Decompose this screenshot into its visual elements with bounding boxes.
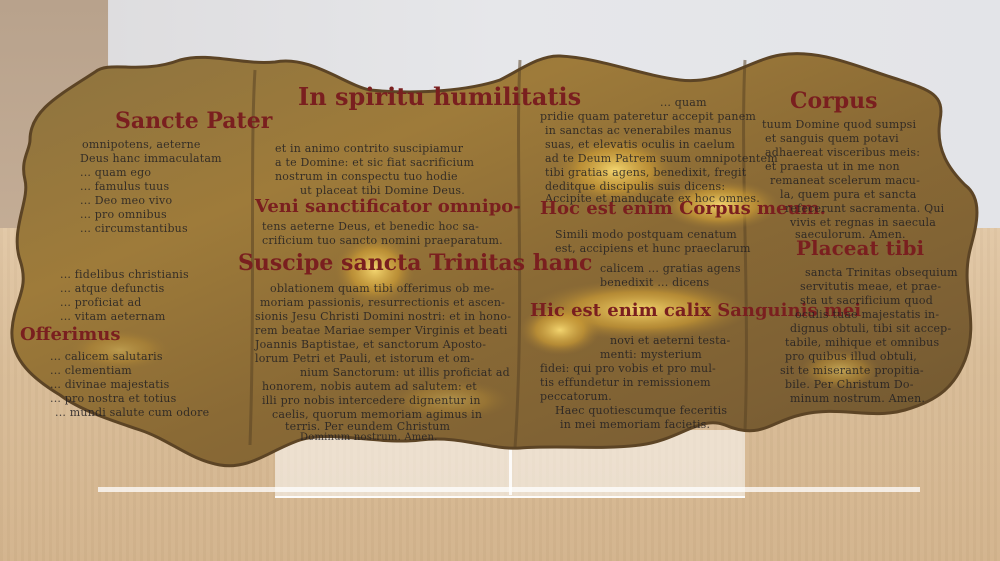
panel-2-line: illi pro nobis intercedere dignentur in bbox=[262, 394, 481, 407]
panel-2-line: nium Sanctorum: ut illis proficiat ad bbox=[300, 366, 510, 379]
panel-4-line: sta ut sacrificium quod bbox=[800, 294, 933, 307]
panel-3-line: benedixit ... dicens bbox=[600, 276, 709, 289]
panel-1-line: ... fidelibus christianis bbox=[60, 268, 189, 281]
panel-3-line: ... quam bbox=[660, 96, 707, 109]
panel-4-line: tabile, mihique et omnibus bbox=[785, 336, 939, 349]
panel-3-heading: Hoc est enim Corpus meum. bbox=[540, 198, 826, 219]
panel-3-line: in mei memoriam facietis. bbox=[560, 418, 710, 431]
panel-4-line: la, quem pura et sancta bbox=[780, 188, 917, 201]
panel-3-line: Simili modo postquam cenatum bbox=[555, 228, 737, 241]
panel-3-line: peccatorum. bbox=[540, 390, 612, 403]
panel-4-line: sit te miserante propitia- bbox=[780, 364, 924, 377]
panel-2-line: lorum Petri et Pauli, et istorum et om- bbox=[255, 352, 474, 365]
panel-3-line: ad te Deum Patrem suum omnipotentem bbox=[545, 152, 778, 165]
panel-4-line: sancta Trinitas obsequium bbox=[805, 266, 958, 279]
panel-1-line: ... clementiam bbox=[50, 364, 132, 377]
panel-4-line: refecerunt sacramenta. Qui bbox=[785, 202, 944, 215]
panel-2-line: honorem, nobis autem ad salutem: et bbox=[262, 380, 477, 393]
panel-3-line: in sanctas ac venerabiles manus bbox=[545, 124, 732, 137]
panel-1-line: ... calicem salutaris bbox=[50, 350, 163, 363]
panel-2-heading-2: Veni sanctificator omnipo- bbox=[255, 196, 521, 217]
panel-2-line: a te Domine: et sic fiat sacrificium bbox=[275, 156, 474, 169]
panel-3-line: calicem ... gratias agens bbox=[600, 262, 741, 275]
panel-1-heading-2: Offerimus bbox=[20, 324, 121, 345]
panel-1-line: ... vitam aeternam bbox=[60, 310, 166, 323]
panel-3-line: tis effundetur in remissionem bbox=[540, 376, 711, 389]
panel-2-line: Dominum nostrum. Amen. bbox=[300, 432, 438, 443]
panel-3-line: Haec quotiescumque feceritis bbox=[555, 404, 727, 417]
panel-3-line: fidei: qui pro vobis et pro mul- bbox=[540, 362, 716, 375]
panel-4-heading: Corpus bbox=[790, 88, 878, 114]
panel-4-line: remaneat scelerum macu- bbox=[770, 174, 920, 187]
panel-4-line: tuum Domine quod sumpsi bbox=[762, 118, 916, 131]
panel-1-line: ... pro omnibus bbox=[80, 208, 167, 221]
panel-3-line: pridie quam pateretur accepit panem bbox=[540, 110, 756, 123]
panel-4-line: adhaereat visceribus meis: bbox=[765, 146, 920, 159]
panel-2-line: sionis Jesu Christi Domini nostri: et in… bbox=[255, 310, 511, 323]
panel-4-line: servitutis meae, et prae- bbox=[800, 280, 941, 293]
panel-2-line: oblationem quam tibi offerimus ob me- bbox=[270, 282, 494, 295]
panel-2-line: et in animo contrito suscipiamur bbox=[275, 142, 463, 155]
panel-3-line: tibi gratias agens, benedixit, fregit bbox=[545, 166, 746, 179]
panel-1-line: omnipotens, aeterne bbox=[82, 138, 201, 151]
panel-2-line: nostrum in conspectu tuo hodie bbox=[275, 170, 458, 183]
panel-1-line: ... pro nostra et totius bbox=[50, 392, 176, 405]
panel-1-line: ... proficiat ad bbox=[60, 296, 141, 309]
panel-4-line: et praesta ut in me non bbox=[765, 160, 900, 173]
panel-1-line: Deus hanc immaculatam bbox=[80, 152, 222, 165]
panel-2-line: tens aeterne Deus, et benedic hoc sa- bbox=[262, 220, 479, 233]
panel-1-line: ... divinae majestatis bbox=[50, 378, 169, 391]
panel-4-heading-2: Placeat tibi bbox=[796, 236, 924, 260]
panel-3-line: suas, et elevatis oculis in caelum bbox=[545, 138, 735, 151]
panel-2-heading: In spiritu humilitatis bbox=[298, 82, 581, 111]
panel-3-line: est, accipiens et hunc praeclarum bbox=[555, 242, 751, 255]
panel-1-heading: Sancte Pater bbox=[115, 108, 272, 134]
panel-4-line: oculis tuae majestatis in- bbox=[795, 308, 939, 321]
panel-1-line: ... Deo meo vivo bbox=[80, 194, 172, 207]
panel-1-line: ... mundi salute cum odore bbox=[55, 406, 209, 419]
panel-1-line: ... quam ego bbox=[80, 166, 151, 179]
panel-1-line: ... atque defunctis bbox=[60, 282, 164, 295]
panel-2-heading-3: Suscipe sancta Trinitas hanc bbox=[238, 250, 592, 276]
panel-4-line: pro quibus illud obtuli, bbox=[785, 350, 917, 363]
panel-4-line: et sanguis quem potavi bbox=[765, 132, 899, 145]
panel-4-line: dignus obtuli, tibi sit accep- bbox=[790, 322, 951, 335]
panel-2-line: Joannis Baptistae, et sanctorum Aposto- bbox=[255, 338, 486, 351]
panel-3-line: menti: mysterium bbox=[600, 348, 702, 361]
panel-2-line: crificium tuo sancto nomini praeparatum. bbox=[262, 234, 503, 247]
panel-3-line: novi et aeterni testa- bbox=[610, 334, 730, 347]
panel-2-line: rem beatae Mariae semper Virginis et bea… bbox=[255, 324, 508, 337]
panel-1-line: ... famulus tuus bbox=[80, 180, 169, 193]
panel-2-line: moriam passionis, resurrectionis et asce… bbox=[260, 296, 505, 309]
panel-1-line: ... circumstantibus bbox=[80, 222, 188, 235]
panel-4-line: minum nostrum. Amen. bbox=[790, 392, 925, 405]
panel-4-line: bile. Per Christum Do- bbox=[785, 378, 914, 391]
